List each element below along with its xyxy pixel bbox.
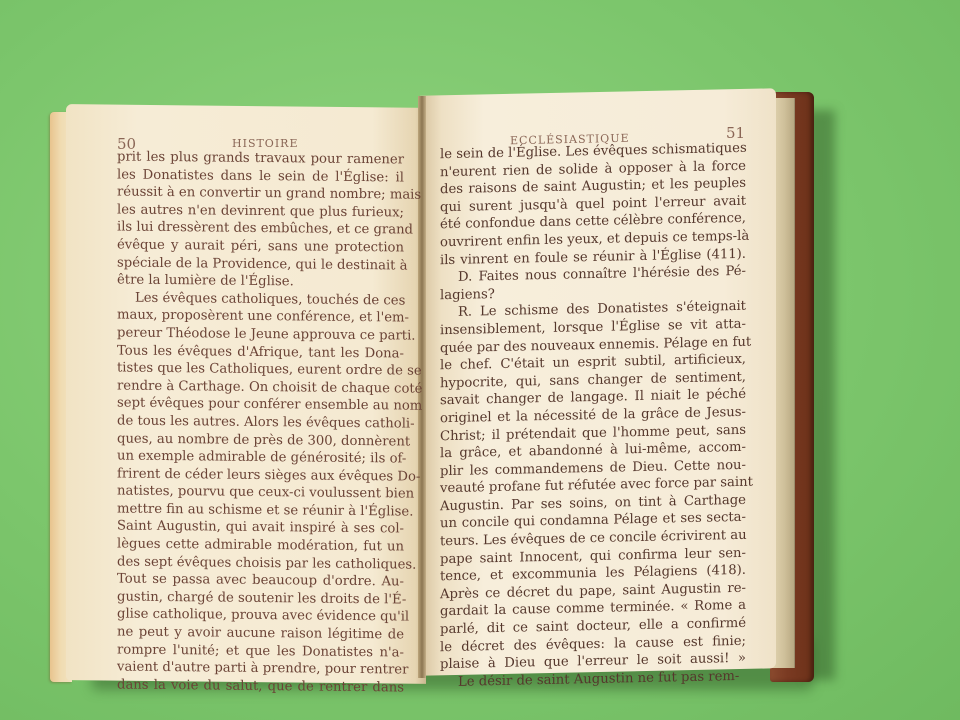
left-page-text: prit les plus grands travaux pour ramene…	[117, 148, 404, 696]
right-page-text: le sein de l'Église. Les évêques schisma…	[440, 140, 746, 692]
book-photo: 50 HISTOIRE prit les plus grands travaux…	[0, 0, 960, 720]
text-line: dans la voie du salut, que de rentrer da…	[117, 676, 404, 697]
text-line: de tous les autres. Alors les évêques ca…	[117, 412, 404, 433]
left-running-head: HISTOIRE	[232, 137, 299, 150]
